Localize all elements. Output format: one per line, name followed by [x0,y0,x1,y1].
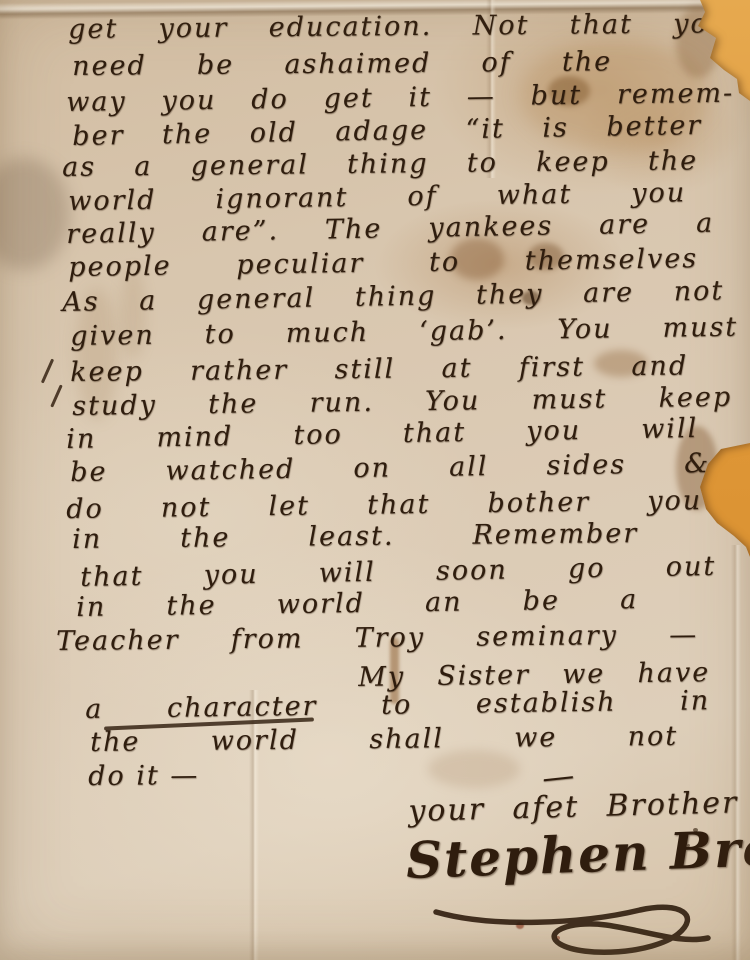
letter-line: do it — [88,759,199,794]
letter-line: in the world an be a [76,583,638,625]
letter-paper: get your education. Not that youneed be … [0,0,750,960]
letter-text-layer: get your education. Not that youneed be … [0,0,750,960]
letter-line: get your education. Not that you [68,7,728,47]
letter-line: Teacher from Troy seminary — [56,618,698,658]
letter-line: need be ashaimed of the [72,45,612,83]
scanner-backdrop: get your education. Not that youneed be … [0,0,750,960]
letter-paper-wrap: get your education. Not that youneed be … [0,0,750,960]
signature-name: Stephen Bross [405,818,750,888]
letter-line: in the least. Remember [72,517,638,557]
